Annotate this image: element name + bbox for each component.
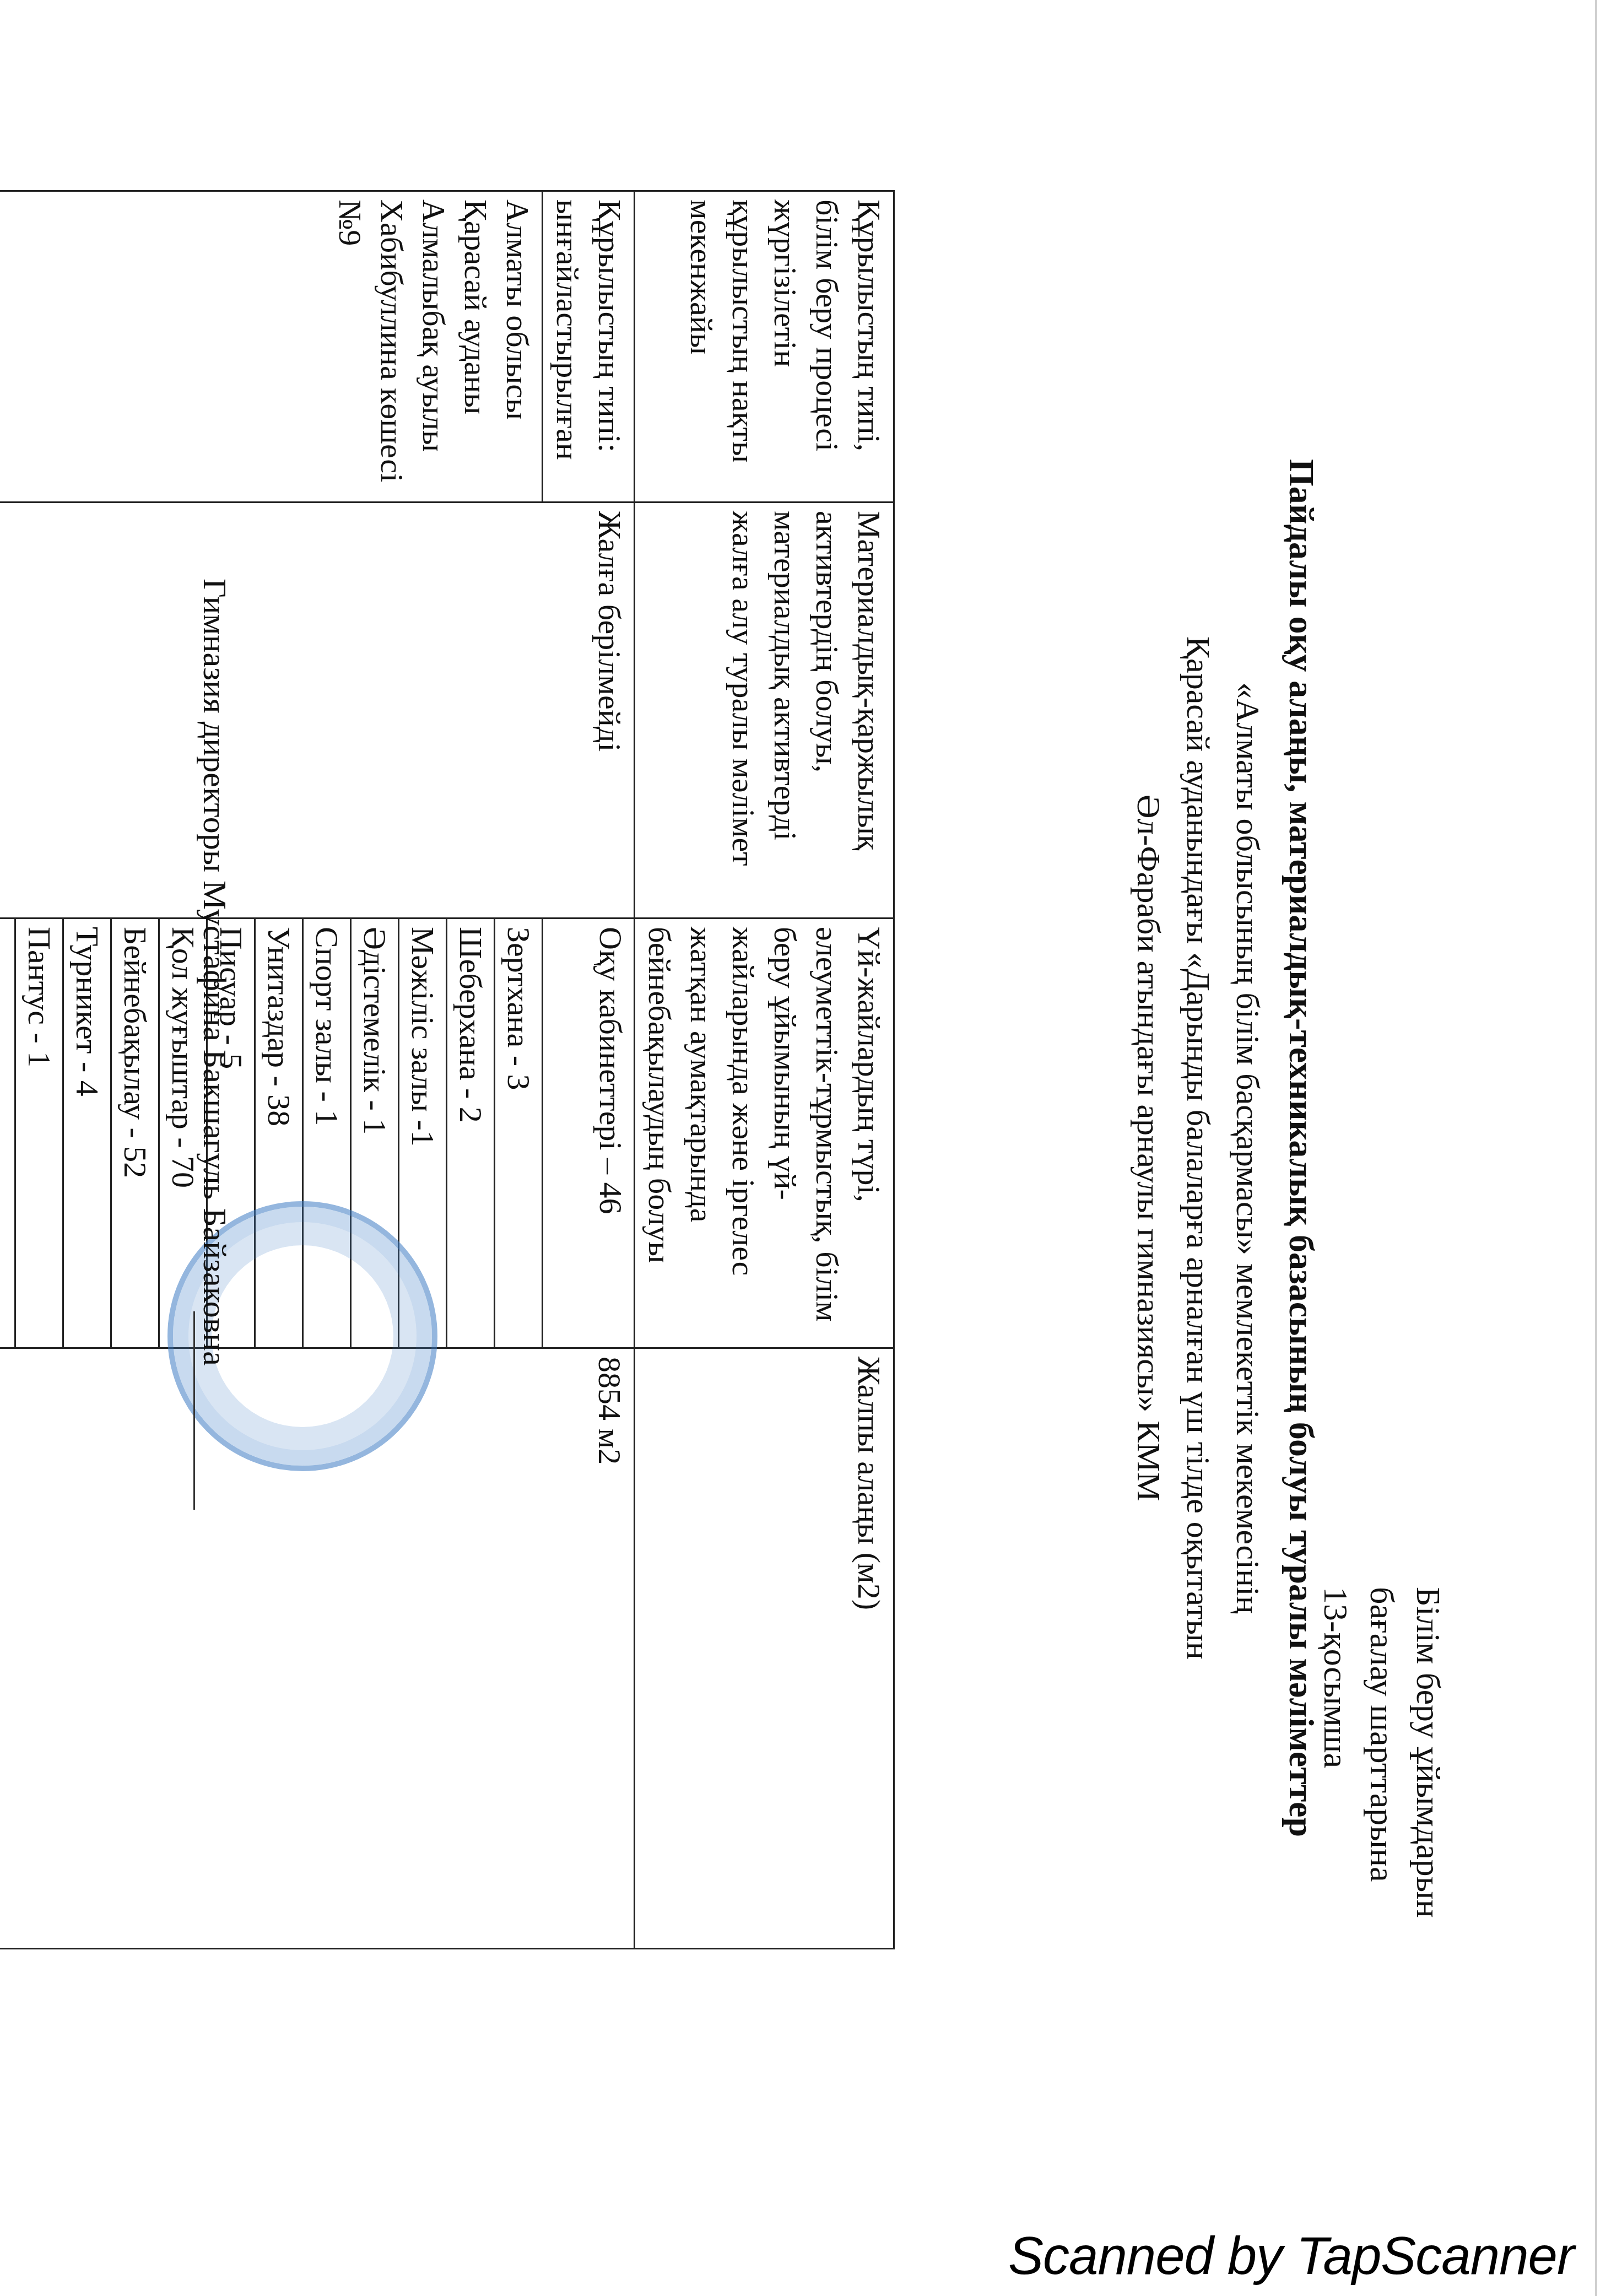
table-header-row: Құрылыстың типі, білім беру процесі жүрг… xyxy=(635,191,894,1949)
annex-note: Білім беру ұйымдарын бағалау шарттарына … xyxy=(1312,1587,1451,1918)
facilities-table: Құрылыстың типі, білім беру процесі жүрг… xyxy=(0,190,895,1949)
document-page: Білім беру ұйымдарын бағалау шарттарына … xyxy=(0,0,1622,2296)
scan-edge xyxy=(1595,0,1597,2296)
cell-building-type: Құрылыстың типі: ынғайластырылған xyxy=(543,191,635,503)
director-signature: Гимназия директоры Мустафина Бакшагуль Б… xyxy=(196,579,234,1366)
header-premises: Үй-жайлардың түрі, әлеуметтік-тұрмыстық,… xyxy=(635,919,894,1348)
facility-item: Шеберхана - 2 xyxy=(447,919,495,1348)
subtitle-line: Қарасай ауданындағы «Дарынды балаларға а… xyxy=(1179,0,1217,2296)
facility-item: Турникет - 4 xyxy=(63,919,111,1348)
scanner-watermark: Scanned by TapScanner xyxy=(1008,2226,1574,2287)
facility-item: Оқу кабинеттері – 46 xyxy=(543,919,635,1348)
facility-item: Пантус - 1 xyxy=(15,919,63,1348)
header-assets: Материалдық-қаржылық активтердің болуы, … xyxy=(635,503,894,919)
subtitle-line: «Алматы облысының білім басқармасы» мемл… xyxy=(1229,0,1267,2296)
document-title: Пайдалы оқу алаңы, материалдық-техникалы… xyxy=(1281,0,1322,2296)
annex-line: Білім беру ұйымдарын xyxy=(1405,1587,1451,1918)
facility-item: Зертхана - 3 xyxy=(495,919,543,1348)
cell-address: Алматы облысы Қарасай ауданы Алмалыбақ а… xyxy=(0,191,543,503)
facility-item: Бейнебақылау - 52 xyxy=(111,919,159,1348)
annex-line: бағалау шарттарына xyxy=(1359,1587,1405,1918)
cell-rental: Жалға берілмейді xyxy=(0,503,635,919)
header-area: Жалпы алаңы (м2) xyxy=(635,1348,894,1949)
table-row: Құрылыстың типі: ынғайластырылған Жалға … xyxy=(543,191,635,1949)
subtitle-line: Әл-Фараби атындағы арнаулы гимназиясы» К… xyxy=(1129,0,1167,2296)
signature-line xyxy=(193,1311,195,1510)
facility-item-empty xyxy=(0,919,15,1348)
header-building: Құрылыстың типі, білім беру процесі жүрг… xyxy=(635,191,894,503)
